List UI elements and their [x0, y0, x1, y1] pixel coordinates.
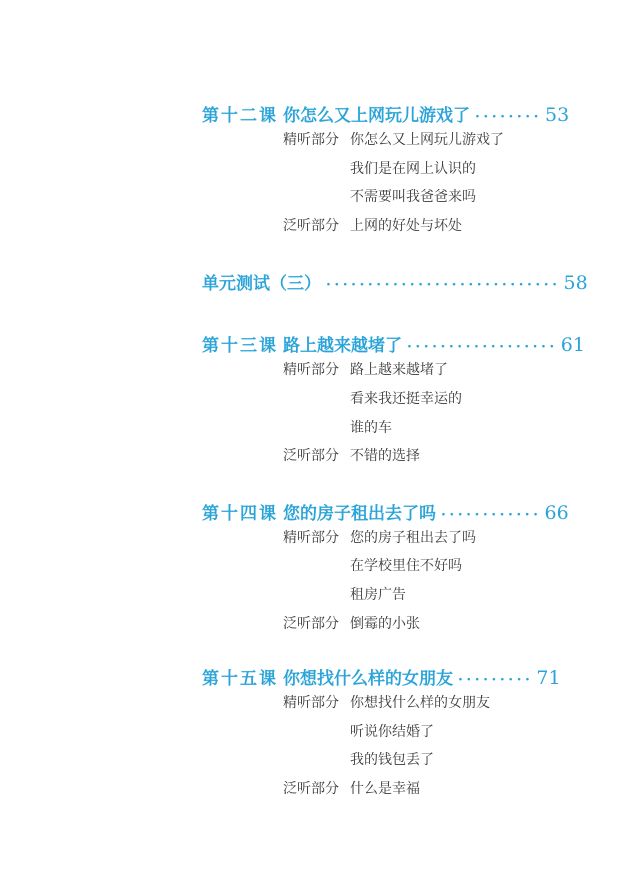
dot-leader: ········ — [475, 106, 542, 128]
toc-sub-row: 泛听部分倒霉的小张 — [283, 610, 554, 639]
part-label: 精听部分 — [283, 126, 350, 155]
subsection-title: 倒霉的小张 — [350, 610, 420, 639]
toc-sub-row: 精听部分你怎么又上网玩儿游戏了 — [283, 126, 554, 155]
toc-entry-row: 第十四课您的房子租出去了吗············66 — [202, 502, 554, 524]
toc-sub-row: 在学校里住不好吗 — [283, 552, 554, 581]
table-of-contents: 第十二课你怎么又上网玩儿游戏了········53精听部分你怎么又上网玩儿游戏了… — [202, 104, 554, 804]
part-label — [283, 183, 350, 212]
subsection-title: 路上越来越堵了 — [350, 356, 448, 385]
toc-page: 第十二课你怎么又上网玩儿游戏了········53精听部分你怎么又上网玩儿游戏了… — [0, 0, 638, 892]
lesson-title: 单元测试（三） — [202, 273, 321, 295]
subsection-title: 不错的选择 — [350, 442, 420, 471]
part-label: 泛听部分 — [283, 775, 350, 804]
dot-leader: ···························· — [326, 274, 560, 296]
page-number: 71 — [536, 667, 560, 689]
toc-entry-row: 第十五课你想找什么样的女朋友·········71 — [202, 667, 554, 689]
subsection-title: 谁的车 — [350, 414, 392, 443]
toc-sub-row: 谁的车 — [283, 414, 554, 443]
toc-entry-row: 第十二课你怎么又上网玩儿游戏了········53 — [202, 104, 554, 126]
toc-sub-row: 听说你结婚了 — [283, 718, 554, 747]
page-number: 58 — [563, 272, 587, 294]
part-label: 泛听部分 — [283, 212, 350, 241]
subsection-title: 什么是幸福 — [350, 775, 420, 804]
lesson-number-label: 第十四课 — [202, 503, 283, 525]
part-label: 泛听部分 — [283, 442, 350, 471]
subsection-title: 我们是在网上认识的 — [350, 155, 476, 184]
part-label: 精听部分 — [283, 356, 350, 385]
part-label — [283, 385, 350, 414]
part-label — [283, 581, 350, 610]
dot-leader: ············ — [441, 504, 542, 526]
lesson-title: 您的房子租出去了吗 — [283, 503, 436, 525]
toc-entry-row: 单元测试（三）····························58 — [202, 272, 554, 294]
toc-sub-row: 泛听部分什么是幸福 — [283, 775, 554, 804]
toc-sub-row: 精听部分你想找什么样的女朋友 — [283, 689, 554, 718]
part-label: 泛听部分 — [283, 610, 350, 639]
part-label: 精听部分 — [283, 524, 350, 553]
toc-section: 单元测试（三）····························58 — [202, 272, 554, 294]
dot-leader: ········· — [458, 669, 533, 691]
page-number: 53 — [545, 104, 569, 126]
subsection-title: 不需要叫我爸爸来吗 — [350, 183, 476, 212]
page-number: 61 — [561, 334, 585, 356]
part-label — [283, 718, 350, 747]
toc-section: 第十四课您的房子租出去了吗············66精听部分您的房子租出去了吗… — [202, 502, 554, 638]
lesson-number-label: 第十五课 — [202, 668, 283, 690]
toc-sub-row: 租房广告 — [283, 581, 554, 610]
subsection-title: 我的钱包丢了 — [350, 746, 434, 775]
part-label — [283, 155, 350, 184]
lesson-number-label: 第十二课 — [202, 105, 283, 127]
subsection-title: 上网的好处与坏处 — [350, 212, 462, 241]
subsection-title: 看来我还挺幸运的 — [350, 385, 462, 414]
part-label — [283, 746, 350, 775]
subsection-title: 租房广告 — [350, 581, 406, 610]
subsection-title: 在学校里住不好吗 — [350, 552, 462, 581]
lesson-title: 路上越来越堵了 — [283, 335, 402, 357]
subsection-title: 你怎么又上网玩儿游戏了 — [350, 126, 504, 155]
toc-section: 第十二课你怎么又上网玩儿游戏了········53精听部分你怎么又上网玩儿游戏了… — [202, 104, 554, 240]
toc-sub-row: 我们是在网上认识的 — [283, 155, 554, 184]
toc-sub-row: 泛听部分不错的选择 — [283, 442, 554, 471]
toc-sub-row: 泛听部分上网的好处与坏处 — [283, 212, 554, 241]
subsection-title: 您的房子租出去了吗 — [350, 524, 476, 553]
lesson-number-label: 第十三课 — [202, 335, 283, 357]
part-label: 精听部分 — [283, 689, 350, 718]
subsection-title: 你想找什么样的女朋友 — [350, 689, 490, 718]
toc-sub-row: 我的钱包丢了 — [283, 746, 554, 775]
subsection-title: 听说你结婚了 — [350, 718, 434, 747]
toc-sub-row: 不需要叫我爸爸来吗 — [283, 183, 554, 212]
toc-sub-row: 精听部分路上越来越堵了 — [283, 356, 554, 385]
toc-sub-row: 看来我还挺幸运的 — [283, 385, 554, 414]
part-label — [283, 552, 350, 581]
toc-section: 第十五课你想找什么样的女朋友·········71精听部分你想找什么样的女朋友听… — [202, 667, 554, 803]
page-number: 66 — [545, 502, 569, 524]
lesson-title: 你怎么又上网玩儿游戏了 — [283, 105, 470, 127]
toc-section: 第十三课路上越来越堵了··················61精听部分路上越来越… — [202, 334, 554, 470]
part-label — [283, 414, 350, 443]
toc-entry-row: 第十三课路上越来越堵了··················61 — [202, 334, 554, 356]
toc-sub-row: 精听部分您的房子租出去了吗 — [283, 524, 554, 553]
lesson-title: 你想找什么样的女朋友 — [283, 668, 453, 690]
dot-leader: ·················· — [407, 336, 558, 358]
